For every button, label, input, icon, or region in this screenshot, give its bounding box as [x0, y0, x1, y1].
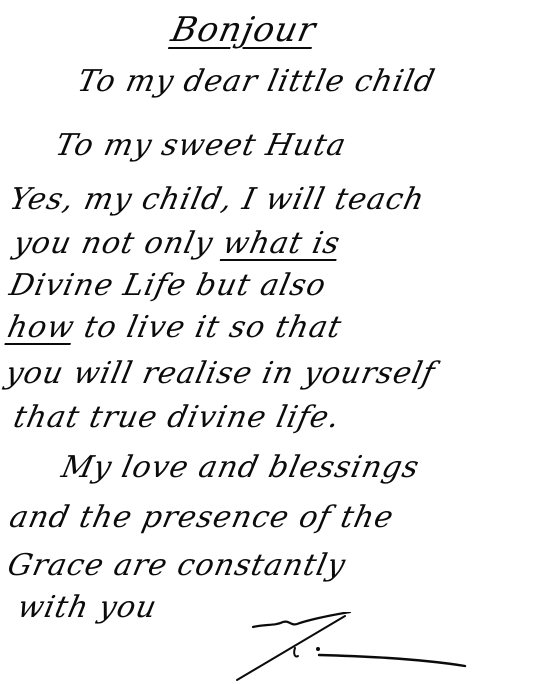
closing-line-2: and the presence of the	[6, 500, 397, 536]
body-line-5: you will realise in yourself	[2, 356, 438, 392]
body-line-4: how to live it so that	[4, 310, 345, 346]
dedication-line: To my dear little child	[74, 64, 438, 100]
body-line-2-text: you not only	[10, 226, 216, 261]
closing-line-1: My love and blessings	[58, 450, 423, 486]
body-line-4-text: to live it so that	[81, 310, 345, 345]
body-line-3: Divine Life but also	[6, 268, 329, 304]
body-line-1: Yes, my child, I will teach	[6, 182, 428, 218]
closing-line-3: Grace are constantly	[4, 548, 349, 584]
handwritten-letter: Bonjour To my dear little child To my sw…	[0, 0, 545, 684]
underlined-how: how	[4, 310, 78, 345]
body-line-2: you not only what is	[10, 226, 343, 262]
signature-mark-icon	[235, 612, 470, 682]
underlined-what-is: what is	[220, 226, 344, 261]
body-line-6: that true divine life.	[10, 400, 343, 436]
salutation-line: To my sweet Huta	[52, 128, 349, 164]
greeting: Bonjour	[168, 12, 319, 48]
closing-line-4: with you	[14, 590, 160, 626]
